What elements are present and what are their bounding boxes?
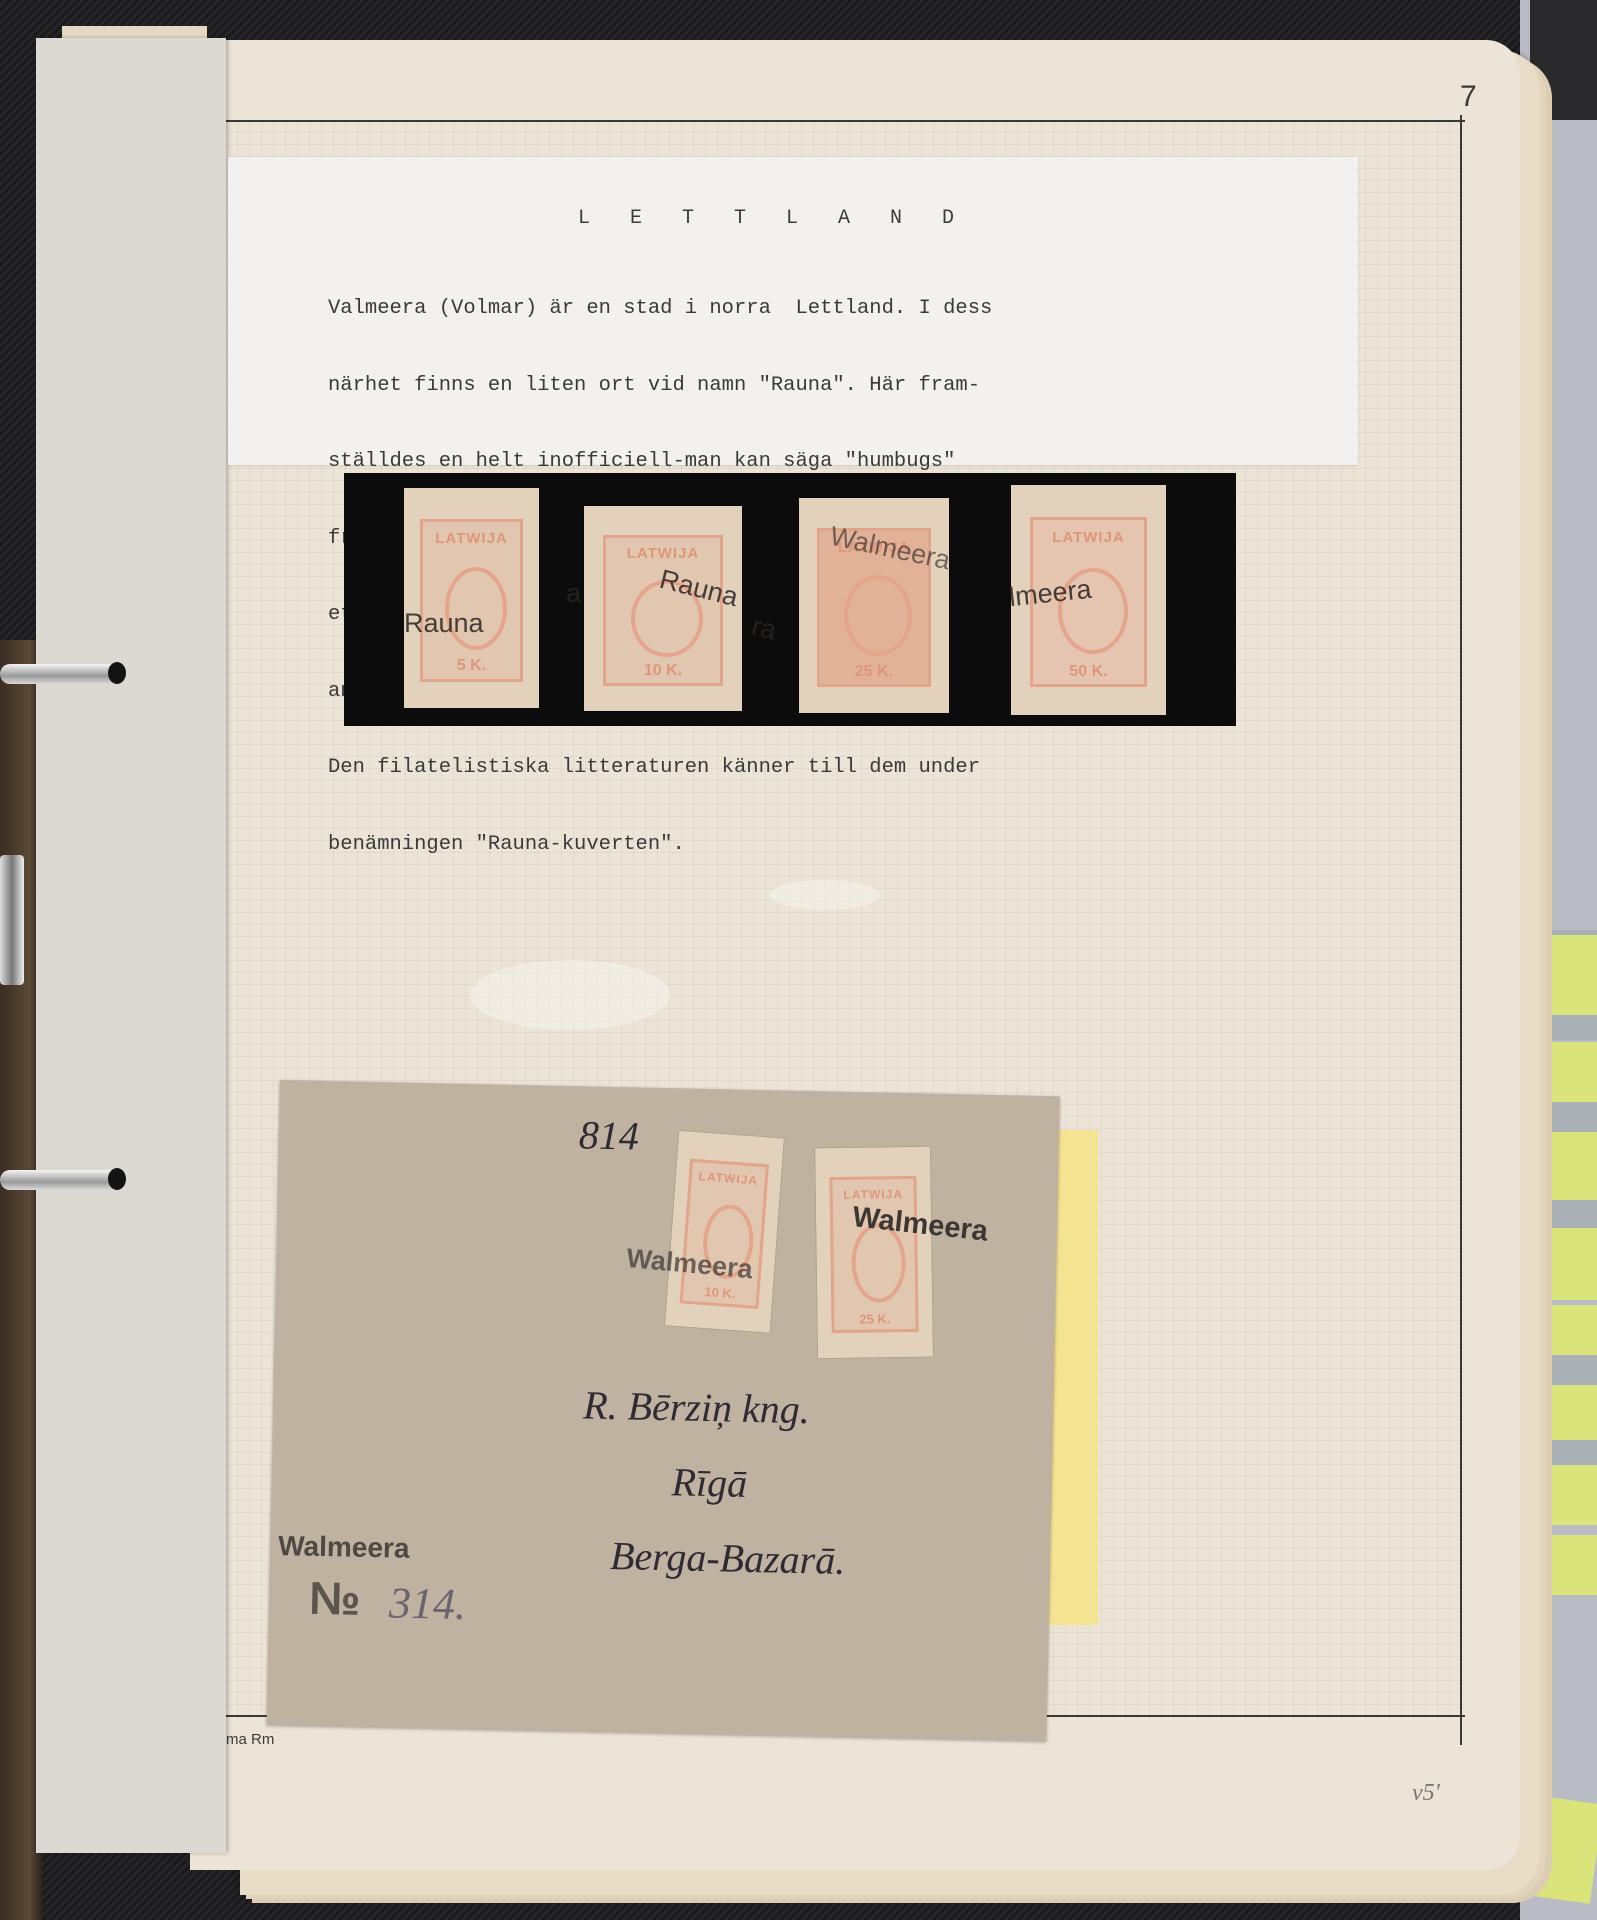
envelope-number: 814 bbox=[578, 1111, 639, 1159]
label-line: Valmeera (Volmar) är en stad i norra Let… bbox=[328, 296, 1078, 322]
address-line: Rīgā bbox=[671, 1458, 748, 1507]
stamp-value: 25 K. bbox=[826, 663, 922, 681]
ring-hole bbox=[108, 662, 126, 684]
index-tab-divider bbox=[1538, 1102, 1597, 1132]
index-tab-divider bbox=[1538, 1200, 1597, 1228]
page-footer: ma Rm bbox=[226, 1731, 274, 1748]
stamp-5k[interactable]: LATWIJA 5 K. bbox=[404, 488, 539, 708]
stamp-value: 10 K. bbox=[612, 662, 713, 680]
label-line: närhet finns en liten ort vid namn "Raun… bbox=[328, 373, 1078, 399]
index-tab[interactable] bbox=[1535, 1465, 1597, 1525]
stamp-country: LATWIJA bbox=[428, 530, 514, 547]
label-line: benämningen "Rauna-kuverten". bbox=[328, 832, 1078, 858]
index-tab-divider bbox=[1538, 1440, 1597, 1465]
envelope-stamp-10k[interactable]: LATWIJA 10 K. bbox=[665, 1131, 784, 1333]
label-title: L E T T L A N D bbox=[578, 207, 968, 230]
address-line: R. Bērziņ kng. bbox=[583, 1381, 811, 1433]
page-number: 7 bbox=[1460, 80, 1477, 114]
top-rule bbox=[225, 120, 1465, 122]
registration-place: Walmeera bbox=[278, 1530, 410, 1565]
envelope-stamp-25k[interactable]: LATWIJA 25 K. bbox=[815, 1147, 933, 1359]
stamp-country: LATWIJA bbox=[836, 1187, 910, 1202]
index-tab-divider bbox=[1538, 1355, 1597, 1385]
label-line: ställdes en helt inofficiell-man kan säg… bbox=[328, 449, 1078, 475]
ring-hole bbox=[108, 1168, 126, 1190]
label-line: Den filatelistiska litteraturen känner t… bbox=[328, 755, 1078, 781]
index-tab-divider bbox=[1538, 1015, 1597, 1040]
pencil-note: ν5' bbox=[1412, 1780, 1440, 1807]
page-hinge-strip bbox=[36, 38, 226, 1853]
stamp-country: LATWIJA bbox=[1039, 529, 1138, 546]
description-label: L E T T L A N D Valmeera (Volmar) är en … bbox=[228, 157, 1358, 465]
index-tab[interactable] bbox=[1535, 1042, 1597, 1102]
page-smudge bbox=[470, 960, 670, 1030]
stamp-country: LATWIJA bbox=[612, 545, 713, 562]
address-line: Berga-Bazarā. bbox=[610, 1532, 846, 1584]
stamp-value: 50 K. bbox=[1039, 663, 1138, 681]
cancel-rauna: Rauna bbox=[404, 608, 484, 639]
registration-prefix: № bbox=[309, 1571, 361, 1626]
stamp-value: 5 K. bbox=[428, 657, 514, 675]
binder-clasp bbox=[0, 855, 24, 985]
right-rule bbox=[1460, 115, 1462, 1745]
index-tab[interactable] bbox=[1535, 1385, 1597, 1440]
binder-corner bbox=[1530, 0, 1597, 120]
registration-number: 314. bbox=[389, 1577, 467, 1630]
binder-ring bbox=[0, 1170, 120, 1190]
index-tab[interactable] bbox=[1535, 1228, 1597, 1300]
index-tab[interactable] bbox=[1535, 1132, 1597, 1202]
index-tab[interactable] bbox=[1535, 935, 1597, 1015]
cancel-fragment: a bbox=[566, 578, 581, 609]
emblem-icon bbox=[844, 575, 912, 656]
index-tab[interactable] bbox=[1535, 1535, 1597, 1595]
stamp-value: 25 K. bbox=[838, 1310, 912, 1326]
rauna-cover-envelope[interactable]: 814 LATWIJA 10 K. LATWIJA 25 K. Walmeera… bbox=[266, 1080, 1059, 1741]
binder-ring bbox=[0, 664, 120, 684]
index-tab[interactable] bbox=[1535, 1305, 1597, 1355]
stamp-mount-strip: LATWIJA 5 K. LATWIJA 10 K. LATWIJA 25 K.… bbox=[344, 473, 1236, 726]
cancel-fragment: ra bbox=[749, 611, 780, 647]
